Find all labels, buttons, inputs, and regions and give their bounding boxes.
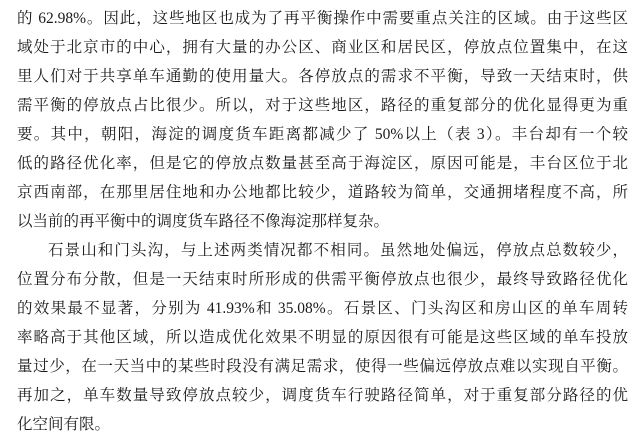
text-line: 化空间有限。 <box>17 410 628 439</box>
text-line: 京西南部，在那里居住地和办公地都比较少，道路较为简单，交通拥堵程度不高，所 <box>17 178 628 207</box>
document-page: 的 62.98%。因此，这些地区也成为了再平衡操作中需要重点关注的区域。由于这些… <box>0 0 639 439</box>
paragraph-2: 石景山和门头沟，与上述两类情况都不相同。虽然地处偏远，停放点总数较少， 位置分布… <box>17 236 628 439</box>
text-line: 的 62.98%。因此，这些地区也成为了再平衡操作中需要重点关注的区域。由于这些… <box>17 4 628 33</box>
text-line: 位置分布分散，但是一天结束时所形成的供需平衡停放点也很少，最终导致路径优化 <box>17 265 628 294</box>
text-line: 域处于北京市的中心，拥有大量的办公区、商业区和居民区，停放点位置集中，在这 <box>17 33 628 62</box>
text-line: 要。其中，朝阳，海淀的调度货车距离都减少了 50%以上（表 3）。丰台却有一个较 <box>17 120 628 149</box>
text-line: 的效果最不显著，分别为 41.93%和 35.08%。石景区、门头沟区和房山区的… <box>17 294 628 323</box>
text-line: 低的路径优化率，但是它的停放点数量甚至高于海淀区，原因可能是，丰台区位于北 <box>17 149 628 178</box>
text-line: 以当前的再平衡中的调度货车路径不像海淀那样复杂。 <box>17 207 628 236</box>
text-line: 再加之，单车数量导致停放点较少，调度货车行驶路径简单，对于重复部分路径的优 <box>17 381 628 410</box>
text-line: 里人们对于共享单车通勤的使用量大。各停放点的需求不平衡，导致一天结束时，供 <box>17 62 628 91</box>
paragraph-1: 的 62.98%。因此，这些地区也成为了再平衡操作中需要重点关注的区域。由于这些… <box>17 4 628 236</box>
text-line: 石景山和门头沟，与上述两类情况都不相同。虽然地处偏远，停放点总数较少， <box>17 236 628 265</box>
text-line: 率略高于其他区域，所以造成优化效果不明显的原因很有可能是这些区域的单车投放 <box>17 323 628 352</box>
text-line: 量过少，在一天当中的某些时段没有满足需求，使得一些偏远停放点难以实现自平衡。 <box>17 352 628 381</box>
text-line: 需平衡的停放点占比很少。所以，对于这些地区，路径的重复部分的优化显得更为重 <box>17 91 628 120</box>
